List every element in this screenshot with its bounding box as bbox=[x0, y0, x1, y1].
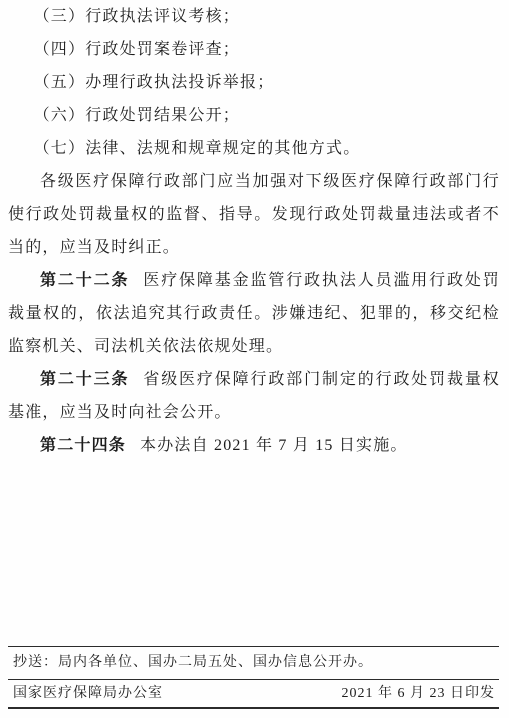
footer: 抄送：局内各单位、国办二局五处、国办信息公开办。 国家医疗保障局办公室 2021… bbox=[8, 646, 499, 709]
issuer-name: 国家医疗保障局办公室 bbox=[13, 680, 163, 707]
paragraph: 各级医疗保障行政部门应当加强对下级医疗保障行政部门行使行政处罚裁量权的监督、指导… bbox=[8, 165, 500, 264]
paragraph: 第二十三条省级医疗保障行政部门制定的行政处罚裁量权基准，应当及时向社会公开。 bbox=[8, 363, 500, 429]
paragraph: 第二十二条医疗保障基金监管行政执法人员滥用行政处罚裁量权的，依法追究其行政责任。… bbox=[8, 264, 500, 363]
body-text: （三）行政执法评议考核； （四）行政处罚案卷评查； （五）办理行政执法投诉举报；… bbox=[8, 0, 500, 462]
list-item: （五）办理行政执法投诉举报； bbox=[8, 66, 500, 99]
article-number: 第二十二条 bbox=[40, 272, 129, 289]
list-item: （六）行政处罚结果公开； bbox=[8, 99, 500, 132]
article-number: 第二十四条 bbox=[40, 437, 126, 454]
paragraph-text: 本办法自 2021 年 7 月 15 日实施。 bbox=[140, 437, 408, 454]
paragraph-text: 各级医疗保障行政部门应当加强对下级医疗保障行政部门行使行政处罚裁量权的监督、指导… bbox=[8, 173, 500, 256]
list-item: （三）行政执法评议考核； bbox=[8, 0, 500, 33]
article-number: 第二十三条 bbox=[40, 371, 129, 388]
issuer-line: 国家医疗保障局办公室 2021 年 6 月 23 日印发 bbox=[8, 679, 499, 709]
cc-line: 抄送：局内各单位、国办二局五处、国办信息公开办。 bbox=[8, 646, 499, 679]
document-page: （三）行政执法评议考核； （四）行政处罚案卷评查； （五）办理行政执法投诉举报；… bbox=[0, 0, 509, 718]
paragraph: 第二十四条本办法自 2021 年 7 月 15 日实施。 bbox=[8, 429, 500, 462]
print-date: 2021 年 6 月 23 日印发 bbox=[342, 680, 496, 707]
list-item: （四）行政处罚案卷评查； bbox=[8, 33, 500, 66]
list-item: （七）法律、法规和规章规定的其他方式。 bbox=[8, 132, 500, 165]
